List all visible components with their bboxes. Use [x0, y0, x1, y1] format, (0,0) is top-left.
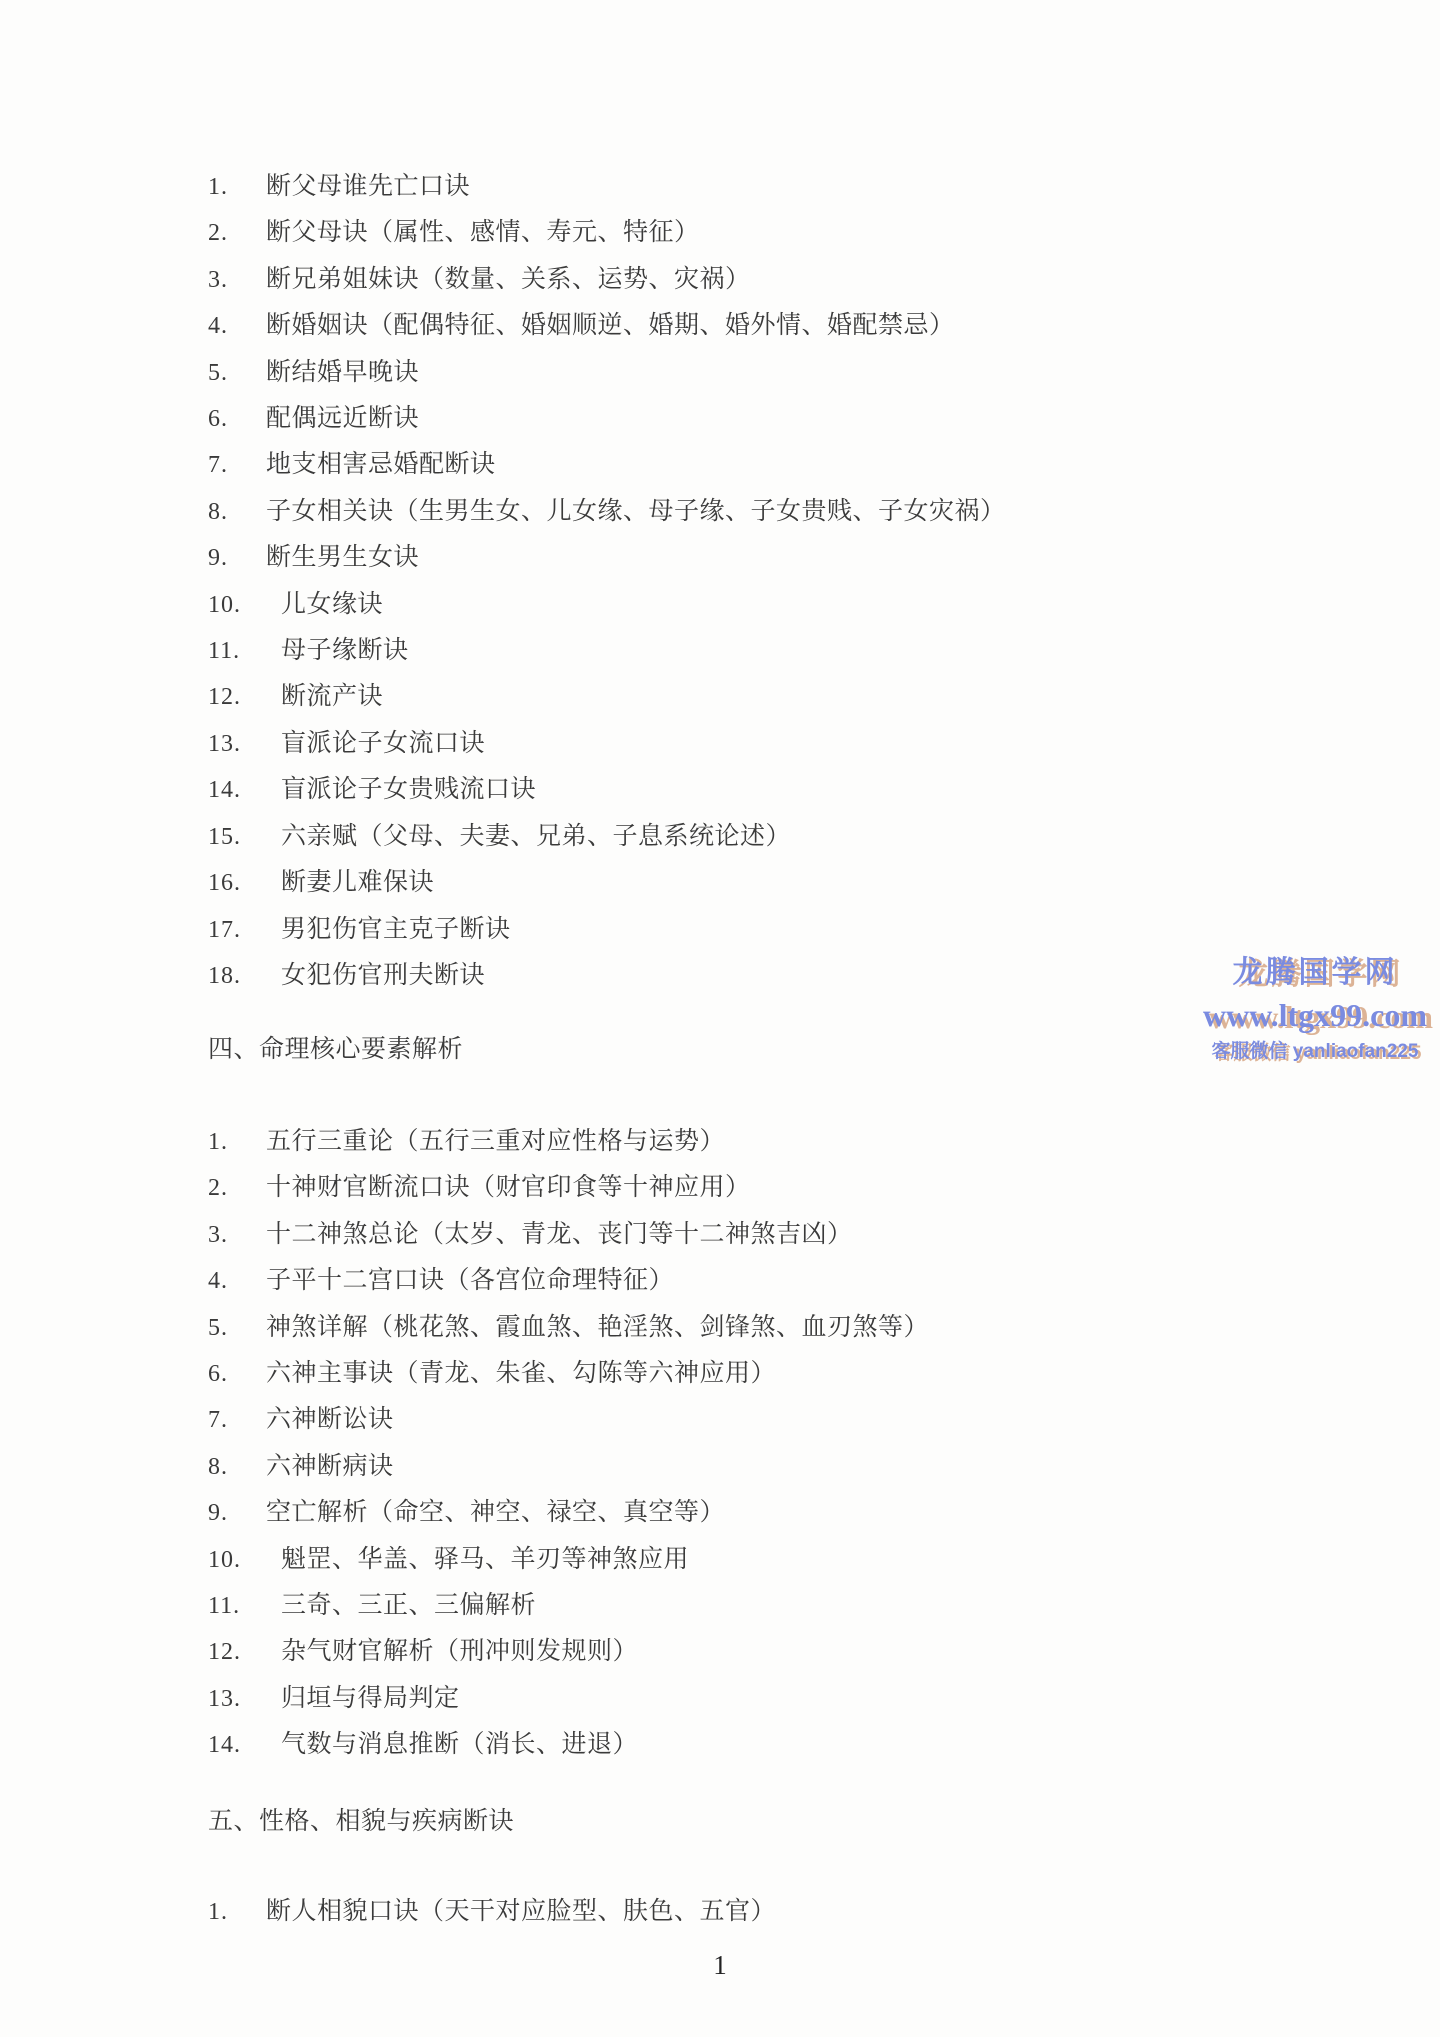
item-text: 空亡解析（命空、神空、禄空、真空等） [266, 1490, 725, 1535]
list-item: 6.六神主事诀（青龙、朱雀、勾陈等六神应用） [208, 1351, 1380, 1397]
item-number: 17. [208, 908, 266, 953]
list-item: 7.地支相害忌婚配断诀 [208, 442, 1380, 488]
item-text: 神煞详解（桃花煞、霞血煞、艳淫煞、剑锋煞、血刃煞等） [266, 1305, 929, 1350]
page-number: 1 [0, 1950, 1440, 1981]
toc-list-a: 1.断父母谁先亡口诀2.断父母诀（属性、感情、寿元、特征）3.断兄弟姐妹诀（数量… [208, 164, 1380, 999]
item-text: 男犯伤官主克子断诀 [281, 907, 511, 952]
list-item: 10.魁罡、华盖、驿马、羊刃等神煞应用 [208, 1537, 1380, 1583]
item-text: 十神财官断流口诀（财官印食等十神应用） [266, 1165, 751, 1210]
item-number: 11. [208, 629, 266, 674]
item-number: 2. [208, 211, 266, 256]
item-text: 六神断病诀 [266, 1444, 394, 1489]
list-item: 9.空亡解析（命空、神空、禄空、真空等） [208, 1490, 1380, 1536]
section-heading-5: 五、性格、相貌与疾病断诀 [208, 1799, 514, 1844]
list-item: 5.神煞详解（桃花煞、霞血煞、艳淫煞、剑锋煞、血刃煞等） [208, 1305, 1380, 1351]
item-number: 2. [208, 1166, 266, 1211]
item-text: 断父母诀（属性、感情、寿元、特征） [266, 210, 700, 255]
list-item: 5.断结婚早晚诀 [208, 350, 1380, 396]
toc-list-section-4: 1.五行三重论（五行三重对应性格与运势）2.十神财官断流口诀（财官印食等十神应用… [208, 1119, 1380, 1769]
document-page: 1.断父母谁先亡口诀2.断父母诀（属性、感情、寿元、特征）3.断兄弟姐妹诀（数量… [0, 0, 1440, 2037]
item-number: 5. [208, 1306, 266, 1351]
item-number: 6. [208, 397, 266, 442]
item-text: 气数与消息推断（消长、进退） [281, 1722, 638, 1767]
list-item: 11.三奇、三正、三偏解析 [208, 1583, 1380, 1629]
item-number: 5. [208, 351, 266, 396]
list-item: 7.六神断讼诀 [208, 1397, 1380, 1443]
section-heading-4: 四、命理核心要素解析 [208, 1027, 463, 1072]
list-item: 14.气数与消息推断（消长、进退） [208, 1722, 1380, 1768]
item-text: 杂气财官解析（刑冲则发规则） [281, 1629, 638, 1674]
item-text: 子平十二宫口诀（各宫位命理特征） [266, 1258, 674, 1303]
item-number: 3. [208, 258, 266, 303]
item-number: 1. [208, 165, 266, 210]
list-item: 1.断人相貌口诀（天干对应脸型、肤色、五官） [208, 1889, 1380, 1935]
item-number: 18. [208, 954, 266, 999]
item-number: 14. [208, 1723, 266, 1768]
item-number: 7. [208, 1398, 266, 1443]
item-number: 12. [208, 675, 266, 720]
item-number: 3. [208, 1213, 266, 1258]
list-item: 16.断妻儿难保诀 [208, 860, 1380, 906]
list-item: 3.断兄弟姐妹诀（数量、关系、运势、灾祸） [208, 257, 1380, 303]
item-number: 11. [208, 1584, 266, 1629]
item-number: 10. [208, 1538, 266, 1583]
list-item: 13.归垣与得局判定 [208, 1676, 1380, 1722]
list-item: 3.十二神煞总论（太岁、青龙、丧门等十二神煞吉凶） [208, 1212, 1380, 1258]
list-item: 12.杂气财官解析（刑冲则发规则） [208, 1629, 1380, 1675]
list-item: 18.女犯伤官刑夫断诀 [208, 953, 1380, 999]
item-number: 8. [208, 490, 266, 535]
item-text: 儿女缘诀 [281, 582, 383, 627]
item-text: 归垣与得局判定 [281, 1676, 460, 1721]
item-number: 8. [208, 1445, 266, 1490]
item-text: 断流产诀 [281, 674, 383, 719]
list-item: 15.六亲赋（父母、夫妻、兄弟、子息系统论述） [208, 814, 1380, 860]
list-item: 4.子平十二宫口诀（各宫位命理特征） [208, 1258, 1380, 1304]
list-item: 1.断父母谁先亡口诀 [208, 164, 1380, 210]
item-text: 断生男生女诀 [266, 535, 419, 580]
item-text: 十二神煞总论（太岁、青龙、丧门等十二神煞吉凶） [266, 1212, 853, 1257]
item-number: 16. [208, 861, 266, 906]
item-text: 魁罡、华盖、驿马、羊刃等神煞应用 [281, 1537, 689, 1582]
item-number: 1. [208, 1120, 266, 1165]
item-number: 4. [208, 1259, 266, 1304]
watermark-url: www.ltgx99.com [1185, 993, 1440, 1037]
list-item: 14.盲派论子女贵贱流口诀 [208, 767, 1380, 813]
toc-list-section-5: 1.断人相貌口诀（天干对应脸型、肤色、五官） [208, 1889, 1380, 1935]
list-item: 2.断父母诀（属性、感情、寿元、特征） [208, 210, 1380, 256]
list-item: 8.六神断病诀 [208, 1444, 1380, 1490]
item-number: 9. [208, 536, 266, 581]
item-text: 断父母谁先亡口诀 [266, 164, 470, 209]
item-number: 12. [208, 1630, 266, 1675]
item-text: 断人相貌口诀（天干对应脸型、肤色、五官） [266, 1889, 776, 1934]
list-item: 13.盲派论子女流口诀 [208, 721, 1380, 767]
item-text: 六神断讼诀 [266, 1397, 394, 1442]
list-item: 12.断流产诀 [208, 674, 1380, 720]
item-number: 4. [208, 304, 266, 349]
item-number: 9. [208, 1491, 266, 1536]
list-item: 6.配偶远近断诀 [208, 396, 1380, 442]
item-text: 盲派论子女流口诀 [281, 721, 485, 766]
item-number: 6. [208, 1352, 266, 1397]
item-number: 1. [208, 1890, 266, 1935]
list-item: 1.五行三重论（五行三重对应性格与运势） [208, 1119, 1380, 1165]
item-number: 14. [208, 768, 266, 813]
list-item: 8.子女相关诀（生男生女、儿女缘、母子缘、子女贵贱、子女灾祸） [208, 489, 1380, 535]
item-text: 断结婚早晚诀 [266, 350, 419, 395]
list-item: 9.断生男生女诀 [208, 535, 1380, 581]
item-number: 13. [208, 1677, 266, 1722]
item-text: 五行三重论（五行三重对应性格与运势） [266, 1119, 725, 1164]
item-text: 配偶远近断诀 [266, 396, 419, 441]
item-text: 女犯伤官刑夫断诀 [281, 953, 485, 998]
list-item: 17.男犯伤官主克子断诀 [208, 907, 1380, 953]
list-item: 2.十神财官断流口诀（财官印食等十神应用） [208, 1165, 1380, 1211]
item-text: 断婚姻诀（配偶特征、婚姻顺逆、婚期、婚外情、婚配禁忌） [266, 303, 955, 348]
item-text: 断妻儿难保诀 [281, 860, 434, 905]
list-item: 11.母子缘断诀 [208, 628, 1380, 674]
item-text: 断兄弟姐妹诀（数量、关系、运势、灾祸） [266, 257, 751, 302]
item-text: 六神主事诀（青龙、朱雀、勾陈等六神应用） [266, 1351, 776, 1396]
item-number: 13. [208, 722, 266, 767]
item-text: 子女相关诀（生男生女、儿女缘、母子缘、子女贵贱、子女灾祸） [266, 489, 1006, 534]
item-text: 三奇、三正、三偏解析 [281, 1583, 536, 1628]
item-number: 15. [208, 815, 266, 860]
watermark-contact: 客服微信 yanliaofan225 [1185, 1037, 1440, 1067]
item-text: 母子缘断诀 [281, 628, 409, 673]
item-number: 10. [208, 583, 266, 628]
item-text: 地支相害忌婚配断诀 [266, 442, 496, 487]
item-number: 7. [208, 443, 266, 488]
item-text: 盲派论子女贵贱流口诀 [281, 767, 536, 812]
item-text: 六亲赋（父母、夫妻、兄弟、子息系统论述） [281, 814, 791, 859]
list-item: 4.断婚姻诀（配偶特征、婚姻顺逆、婚期、婚外情、婚配禁忌） [208, 303, 1380, 349]
list-item: 10.儿女缘诀 [208, 582, 1380, 628]
